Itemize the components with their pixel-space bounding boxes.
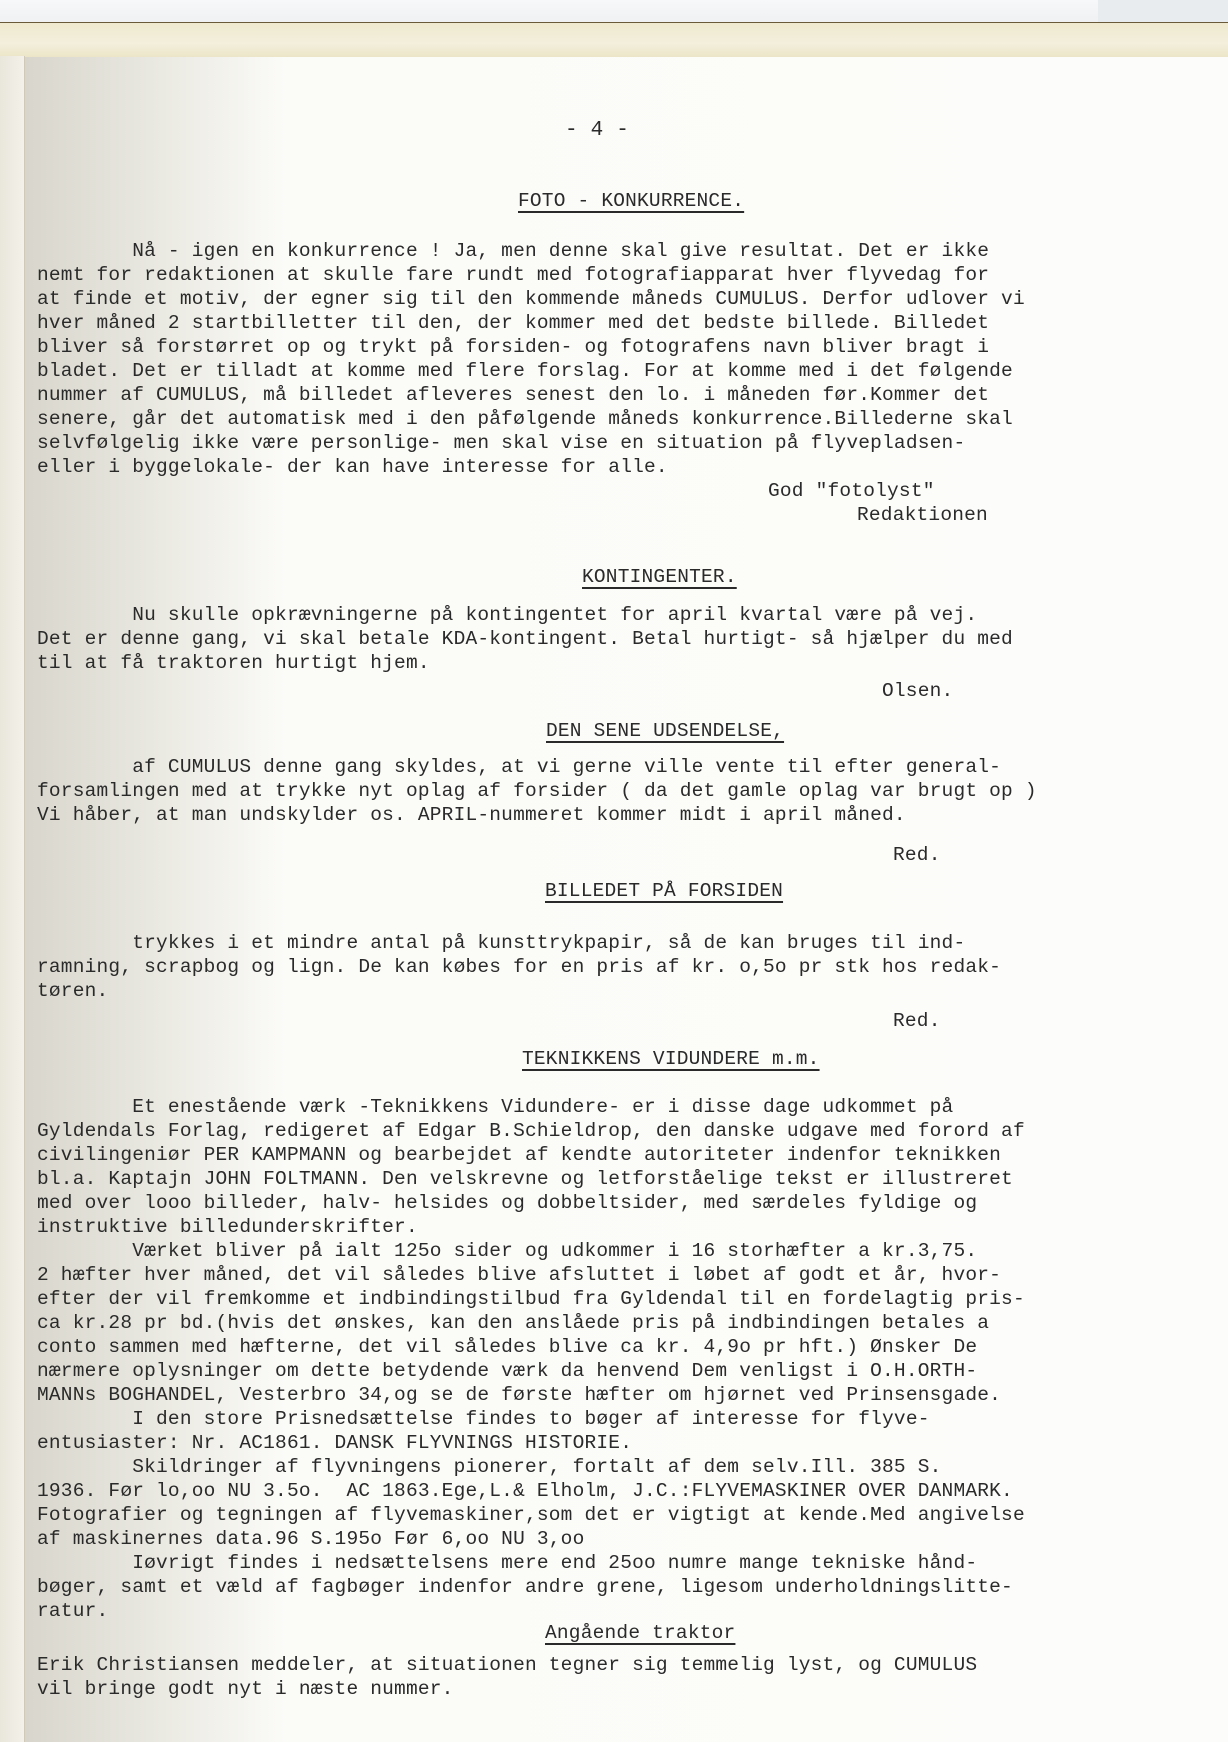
paragraph-line: nærmere oplysninger om dette betydende v…: [37, 1359, 977, 1383]
paragraph-line: ramning, scrapbog og lign. De kan købes …: [37, 955, 1001, 979]
section-heading-teknikkens-vidundere: TEKNIKKENS VIDUNDERE m.m.: [522, 1047, 820, 1071]
section-heading-kontingenter: KONTINGENTER.: [582, 565, 737, 589]
paragraph-line: entusiaster: Nr. AC1861. DANSK FLYVNINGS…: [37, 1431, 632, 1455]
paragraph-line: 1936. Før lo,oo NU 3.5o. AC 1863.Ege,L.&…: [37, 1479, 1013, 1503]
signoff-line: Red.: [893, 843, 941, 867]
paragraph-line: 2 hæfter hver måned, det vil således bli…: [37, 1263, 1001, 1287]
page-number: - 4 -: [565, 119, 629, 142]
paragraph-line: hver måned 2 startbilletter til den, der…: [37, 311, 989, 335]
paragraph-line: bøger, samt et væld af fagbøger indenfor…: [37, 1575, 1013, 1599]
paragraph-line: bladet. Det er tilladt at komme med fler…: [37, 359, 1013, 383]
page-binding-edge: [0, 56, 25, 1742]
paragraph-line: efter der vil fremkomme et indbindingsti…: [37, 1287, 1025, 1311]
paragraph-line: Det er denne gang, vi skal betale KDA-ko…: [37, 627, 1013, 651]
section-heading-den-sene-udsendelse: DEN SENE UDSENDELSE,: [546, 719, 784, 743]
paragraph-line: bliver så forstørret op og trykt på fors…: [37, 335, 989, 359]
signoff-line: God "fotolyst": [768, 479, 935, 503]
paragraph-line: instruktive billedunderskrifter.: [37, 1215, 418, 1239]
folded-paper-edge: [0, 22, 1228, 58]
paragraph-line: nummer af CUMULUS, må billedet afleveres…: [37, 383, 989, 407]
paragraph-line: I den store Prisnedsættelse findes to bø…: [37, 1407, 930, 1431]
paragraph-line: ca kr.28 pr bd.(hvis det ønskes, kan den…: [37, 1311, 989, 1335]
paragraph-line: Gyldendals Forlag, redigeret af Edgar B.…: [37, 1119, 1025, 1143]
signoff-line: Red.: [893, 1009, 941, 1033]
paragraph-line: Skildringer af flyvningens pionerer, for…: [37, 1455, 942, 1479]
paragraph-line: Erik Christiansen meddeler, at situation…: [37, 1653, 977, 1677]
paragraph-line: at finde et motiv, der egner sig til den…: [37, 287, 1025, 311]
paragraph-line: bl.a. Kaptajn JOHN FOLTMANN. Den velskre…: [37, 1167, 1013, 1191]
background-sheet: [0, 0, 1228, 24]
signoff-line: Redaktionen: [857, 503, 988, 527]
paragraph-line: civilingeniør PER KAMPMANN og bearbejdet…: [37, 1143, 1001, 1167]
paragraph-line: til at få traktoren hurtigt hjem.: [37, 651, 430, 675]
paragraph-line: Vi håber, at man undskylder os. APRIL-nu…: [37, 803, 906, 827]
paragraph-line: nemt for redaktionen at skulle fare rund…: [37, 263, 989, 287]
paragraph-line: trykkes i et mindre antal på kunsttrykpa…: [37, 931, 965, 955]
section-heading-foto-konkurrence: FOTO - KONKURRENCE.: [518, 189, 744, 213]
paragraph-line: med over looo billeder, halv- helsides o…: [37, 1191, 977, 1215]
background-sheet-corner: [1098, 0, 1228, 23]
paragraph-line: Fotografier og tegningen af flyvemaskine…: [37, 1503, 1025, 1527]
section-heading-angaaende-traktor: Angående traktor: [545, 1621, 735, 1645]
paragraph-line: vil bringe godt nyt i næste nummer.: [37, 1677, 454, 1701]
paragraph-line: af CUMULUS denne gang skyldes, at vi ger…: [37, 755, 1001, 779]
paragraph-line: Værket bliver på ialt 125o sider og udko…: [37, 1239, 977, 1263]
paragraph-line: conto sammen med hæfterne, det vil såled…: [37, 1335, 977, 1359]
typewritten-page: - 4 - FOTO - KONKURRENCE. Nå - igen en k…: [25, 57, 1228, 1742]
paragraph-line: Nå - igen en konkurrence ! Ja, men denne…: [37, 239, 989, 263]
paragraph-line: tøren.: [37, 979, 108, 1003]
page-content: - 4 - FOTO - KONKURRENCE. Nå - igen en k…: [25, 57, 1228, 1742]
paragraph-line: af maskinernes data.96 S.195o Før 6,oo N…: [37, 1527, 585, 1551]
paragraph-line: eller i byggelokale- der kan have intere…: [37, 455, 668, 479]
section-heading-billedet-paa-forsiden: BILLEDET PÅ FORSIDEN: [545, 879, 783, 903]
paragraph-line: Et enestående værk -Teknikkens Vidundere…: [37, 1095, 953, 1119]
paragraph-line: Nu skulle opkrævningerne på kontingentet…: [37, 603, 977, 627]
paragraph-line: selvfølgelig ikke være personlige- men s…: [37, 431, 965, 455]
signoff-line: Olsen.: [882, 679, 953, 703]
paragraph-line: Iøvrigt findes i nedsættelsens mere end …: [37, 1551, 977, 1575]
paragraph-line: ratur.: [37, 1599, 108, 1623]
paragraph-line: forsamlingen med at trykke nyt oplag af …: [37, 779, 1037, 803]
paragraph-line: senere, går det automatisk med i den påf…: [37, 407, 1013, 431]
paragraph-line: MANNs BOGHANDEL, Vesterbro 34,og se de f…: [37, 1383, 1001, 1407]
